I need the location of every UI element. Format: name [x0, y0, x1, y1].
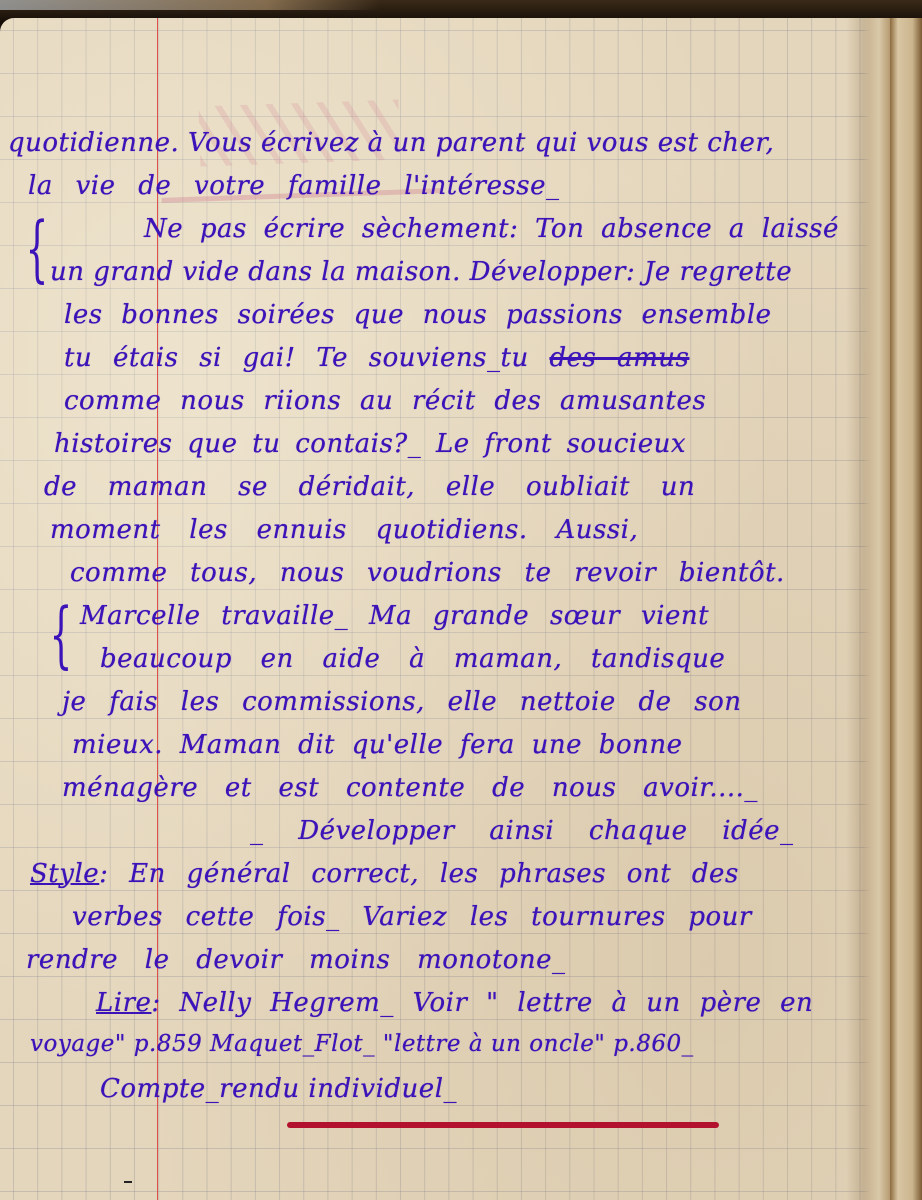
pencil-mark [124, 1181, 132, 1183]
text-segment: tu étais si gai! Te souviens_tu [64, 343, 549, 373]
text-line: _ Développer ainsi chaque idée_ [250, 816, 793, 846]
text-line: verbes cette fois_ Variez les tournures … [72, 902, 752, 932]
lire-label: Lire [96, 988, 151, 1018]
text-line: un grand vide dans la maison. Développer… [50, 257, 792, 287]
text-line: comme tous, nous voudrions te revoir bie… [70, 558, 785, 588]
text-line: Lire: Nelly Hegrem_ Voir " lettre à un p… [96, 988, 813, 1018]
notebook-page: quotidienne. Vous écrivez à un parent qu… [0, 18, 890, 1200]
text-line: de maman se déridait, elle oubliait un [44, 472, 695, 502]
page-edge-curl [846, 18, 890, 1200]
text-line: tu étais si gai! Te souviens_tu des amus [64, 343, 689, 373]
text-line: voyage" p.859 Maquet_Flot_ "lettre à un … [30, 1031, 694, 1057]
margin-brace: { [25, 212, 48, 284]
text-segment: : Nelly Hegrem_ Voir " lettre à un père … [151, 988, 813, 1018]
notebook-spine [890, 18, 922, 1200]
text-line: rendre le devoir moins monotone_ [26, 945, 566, 975]
text-line: la vie de votre famille l'intéresse_ [28, 171, 560, 201]
handwritten-text: quotidienne. Vous écrivez à un parent qu… [0, 18, 890, 1200]
text-line: beaucoup en aide à maman, tandisque [100, 644, 725, 674]
margin-brace: { [49, 598, 72, 670]
text-line: mieux. Maman dit qu'elle fera une bonne [72, 730, 682, 760]
text-line: Style: En général correct, les phrases o… [30, 859, 739, 889]
text-line: Ne pas écrire sèchement: Ton absence a l… [144, 214, 839, 244]
struck-text: des amus [549, 343, 689, 373]
text-line: je fais les commissions, elle nettoie de… [62, 687, 742, 717]
text-line: histoires que tu contais?_ Le front souc… [54, 429, 686, 459]
text-line: Compte_rendu individuel_ [100, 1074, 457, 1104]
text-segment: : En général correct, les phrases ont de… [99, 859, 739, 889]
text-line: Marcelle travaille_ Ma grande sœur vient [80, 601, 709, 631]
text-line: ménagère et est contente de nous avoir..… [62, 773, 758, 803]
red-end-rule [287, 1122, 719, 1128]
text-line: moment les ennuis quotidiens. Aussi, [50, 515, 638, 545]
text-line: quotidienne. Vous écrivez à un parent qu… [8, 128, 774, 158]
style-label: Style [30, 859, 99, 889]
text-line: comme nous riions au récit des amusantes [64, 386, 706, 416]
text-line: les bonnes soirées que nous passions ens… [64, 300, 772, 330]
